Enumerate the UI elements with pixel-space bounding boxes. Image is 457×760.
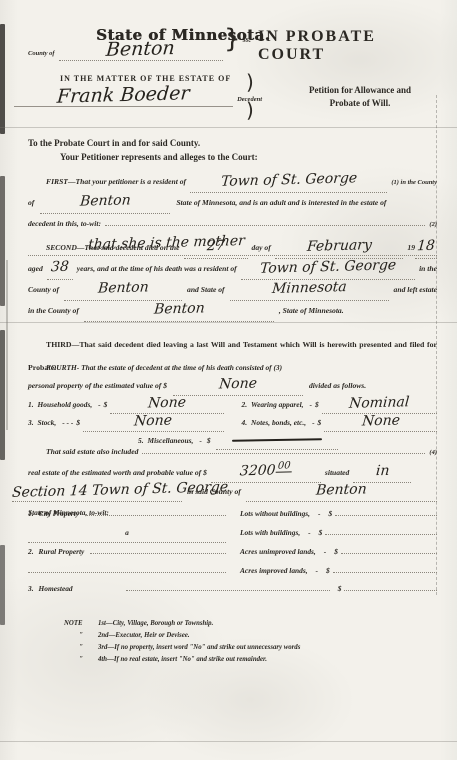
ss-label: ss. <box>243 35 251 44</box>
row4-right-label: Acres improved lands, <box>240 562 308 581</box>
row3-right-label: Acres unimproved lands, <box>240 543 316 562</box>
court-title: IN PROBATE COURT <box>258 28 437 64</box>
second-age-line: 38 <box>47 259 73 280</box>
row4-dollar: $ <box>326 562 330 581</box>
ref4: (4) <box>429 444 437 462</box>
first-lead: FIRST—That your petitioner is a resident… <box>46 172 186 192</box>
item3-line: None <box>83 414 223 432</box>
row3-dash: - <box>324 543 326 562</box>
second-residence-line: Town of St. George <box>241 259 415 280</box>
item4-value-handwritten: None <box>361 415 400 426</box>
note-line-3: " 3rd—If no property, insert word "No" a… <box>64 642 397 654</box>
first-of-label: of <box>28 193 34 213</box>
second-lead: SECOND—That said decedent died on the <box>46 238 180 258</box>
property-row-rural: 2. Rural Property Acres unimproved lands… <box>28 543 437 562</box>
row1-dollar: $ <box>329 505 333 524</box>
fourth-lead: FOURTH- That the estate of decedent at t… <box>46 360 437 376</box>
second-leftestate-label: and left estate <box>394 280 437 300</box>
second-county-line: Benton <box>64 280 182 301</box>
second-month-line: February <box>275 238 404 259</box>
situated-line: in <box>353 464 411 483</box>
note1-prefix: NOTE <box>64 618 98 630</box>
row1-num: 1. <box>28 505 34 524</box>
salutation-line2: Your Petitioner represents and alleges t… <box>60 150 437 164</box>
note2-text: 2nd—Executor, Heir or Devisee. <box>98 630 190 642</box>
row3-amount-blank <box>341 545 437 554</box>
row4-dash: - <box>316 562 318 581</box>
second-estate-county-handwritten: Benton <box>153 303 204 314</box>
second-state-tail: , State of Minnesota. <box>279 301 344 321</box>
matter-label: IN THE MATTER OF THE ESTATE OF <box>60 74 231 83</box>
fold-crease <box>0 322 457 323</box>
item1-dollar: $ <box>104 396 108 413</box>
second-county-handwritten: Benton <box>97 282 148 293</box>
item2-dollar: $ <box>315 396 319 413</box>
row3-dollar: $ <box>334 543 338 562</box>
second-year-line: 18 <box>415 238 437 259</box>
property-row-homestead: 3. Homestead $ <box>28 580 437 599</box>
margin-fine-print-mark <box>6 260 8 430</box>
item2-num: 2. <box>242 396 248 413</box>
first-towit-label: decedent in this, to-wit: <box>28 214 101 234</box>
first-towit-blank <box>105 217 425 226</box>
item3-num: 3. <box>28 414 34 431</box>
county-of-label: County of <box>28 50 55 57</box>
second-day-handwritten: 27 <box>206 241 225 251</box>
row2-dollar: $ <box>319 524 323 543</box>
real-estate-county-line: Benton <box>246 483 437 502</box>
item3-dollar: $ <box>76 414 80 431</box>
first-ref1: (1) in the County <box>391 173 437 193</box>
petition-brace-bottom: ) <box>246 98 254 122</box>
row3-left-blank <box>90 545 226 554</box>
property-row-city: 1. City Property Lots without buildings,… <box>28 505 437 524</box>
item2-value-handwritten: Nominal <box>349 397 410 409</box>
also-included-label: That said estate also included <box>46 443 138 461</box>
row5-label: Homestead <box>39 580 73 599</box>
second-inthe-label: in the <box>419 259 437 279</box>
note4-text: 4th—If no real estate, insert "No" and s… <box>98 654 267 666</box>
item2-line: Nominal <box>322 396 437 414</box>
row2-amount-blank <box>325 526 437 535</box>
second-countyof-label: County of <box>28 280 59 300</box>
second-incountyof-label: in the County of <box>28 301 79 321</box>
binding-edge-mark <box>0 176 5 306</box>
second-state-line: Minnesota <box>230 280 389 301</box>
second-aged-label: aged <box>28 259 43 279</box>
binding-edge-mark <box>0 545 5 625</box>
row3-num: 2. <box>28 543 34 562</box>
county-handwritten-value: Benton <box>106 41 176 57</box>
first-residence-handwritten: Town of St. George <box>220 173 357 187</box>
first-tail: State of Minnesota, and is an adult and … <box>176 193 386 213</box>
petition-title-line1: Petition for Allowance and <box>280 84 440 97</box>
item1-line: None <box>110 396 223 414</box>
row1-right-label: Lots without buildings, <box>240 505 310 524</box>
row5-dollar: $ <box>338 580 342 599</box>
second-residence-handwritten: Town of St. George <box>259 260 396 274</box>
situated-handwritten: in <box>375 465 389 475</box>
matter-of-estate-block: IN THE MATTER OF THE ESTATE OF Frank Boe… <box>28 74 437 126</box>
item4-line: None <box>324 414 437 432</box>
note-line-2: " 2nd—Executor, Heir or Devisee. <box>64 630 397 642</box>
real-estate-amount-handwritten: 320000 <box>239 461 292 476</box>
situated-label: situated <box>325 464 349 482</box>
row5-left-blank <box>126 582 330 591</box>
second-estate-county-line: Benton <box>84 301 274 322</box>
also-included-blank <box>142 445 425 454</box>
property-table: 1. City Property Lots without buildings,… <box>28 505 437 599</box>
second-state-handwritten: Minnesota <box>271 282 346 294</box>
item3-dash: - - - <box>62 414 73 431</box>
county-fill-line: Benton <box>59 42 223 61</box>
salutation-line1: To the Probate Court in and for said Cou… <box>28 136 437 150</box>
note2-prefix: " <box>71 630 91 642</box>
second-year-handwritten: 18 <box>417 241 436 251</box>
note-line-4: " 4th—If no real estate, insert "No" and… <box>64 654 397 666</box>
item3-value-handwritten: None <box>134 415 173 426</box>
first-county-handwritten: Benton <box>80 195 131 206</box>
second-day-line: 27 <box>184 238 248 259</box>
note1-text: 1st—City, Village, Borough or Township. <box>98 618 213 630</box>
fourth-personal-line: None <box>173 376 303 396</box>
form-header: State of Minnesota. County of Benton } s… <box>28 26 437 70</box>
property-row-lots-with: a Lots with buildings, - $ <box>28 524 437 544</box>
note-line-1: NOTE 1st—City, Village, Borough or Towns… <box>64 618 397 630</box>
salutation-block: To the Probate Court in and for said Cou… <box>28 136 437 164</box>
real-estate-value-label: real estate of the estimated worth and p… <box>28 464 207 482</box>
second-year-prefix: 19 <box>407 238 415 258</box>
item1-value-handwritten: None <box>148 397 187 408</box>
location-handwritten: Section 14 Town of St. George <box>12 482 229 498</box>
note3-text: 3rd—If no property, insert word "No" and… <box>98 642 300 654</box>
second-month-handwritten: February <box>306 240 372 252</box>
amount-dollars: 3200 <box>239 462 276 479</box>
fourth-personal-handwritten: None <box>219 378 258 389</box>
fold-crease <box>0 741 457 742</box>
item4-label: Notes, bonds, etc., <box>251 414 306 431</box>
amount-cents: 00 <box>275 460 293 472</box>
row5-amount-blank <box>344 582 437 591</box>
item4-dash: - <box>312 414 314 431</box>
second-aged-tail: years, and at the time of his death was … <box>77 259 237 279</box>
second-dayof-label: day of <box>252 238 271 258</box>
first-residence-line: Town of St. George <box>190 172 387 193</box>
row1-left-blank <box>85 507 226 516</box>
row5-num: 3. <box>28 580 34 599</box>
ss-brace: } <box>224 24 241 54</box>
row2-right-label: Lots with buildings, <box>240 524 300 543</box>
row2-dash: - <box>308 524 310 543</box>
second-stateof-label: and State of <box>187 280 225 300</box>
row4-left-blank <box>28 564 226 573</box>
binding-edge-mark <box>0 330 5 460</box>
row1-amount-blank <box>335 507 437 516</box>
row4-amount-blank <box>333 564 437 573</box>
notes-block: NOTE 1st—City, Village, Borough or Towns… <box>64 618 397 666</box>
item2-dash: - <box>309 396 311 413</box>
row1-label: City Property <box>39 505 79 524</box>
location-line: Section 14 Town of St. George <box>12 483 182 502</box>
binding-edge-mark <box>0 24 5 134</box>
item2-label: Wearing apparel, <box>251 396 303 413</box>
fourth-personal-label: personal property of the estimated value… <box>28 376 167 395</box>
row2-left-blank: a <box>28 524 226 544</box>
note4-prefix: " <box>71 654 91 666</box>
petition-title-line2: Probate of Will. <box>280 97 440 110</box>
scanned-probate-petition-document: State of Minnesota. County of Benton } s… <box>0 0 457 760</box>
real-estate-county-handwritten: Benton <box>316 484 367 495</box>
item1-dash: - <box>98 396 100 413</box>
first-county-line: Benton <box>40 193 170 214</box>
fold-crease <box>0 127 457 128</box>
item1-label: Household goods, <box>38 396 93 413</box>
row2-mid-mark: a <box>125 528 129 537</box>
row1-dash: - <box>318 505 320 524</box>
fourth-divided-label: divided as follows. <box>309 376 366 395</box>
miscellaneous-strike-mark <box>232 438 322 442</box>
item4-num: 4. <box>242 414 248 431</box>
item4-dollar: $ <box>318 414 322 431</box>
fourth-clause: FOURTH- That the estate of decedent at t… <box>28 360 437 450</box>
note3-prefix: " <box>71 642 91 654</box>
petition-brace-top: ) <box>246 70 254 94</box>
property-row-acres-improved: Acres improved lands, - $ <box>28 562 437 581</box>
item3-label: Stock, <box>38 414 57 431</box>
second-clause: SECOND—That said decedent died on the 27… <box>28 238 437 322</box>
item1-num: 1. <box>28 396 34 413</box>
second-age-handwritten: 38 <box>50 262 69 272</box>
first-ref2: (2) <box>429 215 437 235</box>
decedent-name-line: Frank Boeder <box>14 88 233 107</box>
row3-label: Rural Property <box>39 543 85 562</box>
decedent-name-handwritten: Frank Boeder <box>57 86 191 104</box>
